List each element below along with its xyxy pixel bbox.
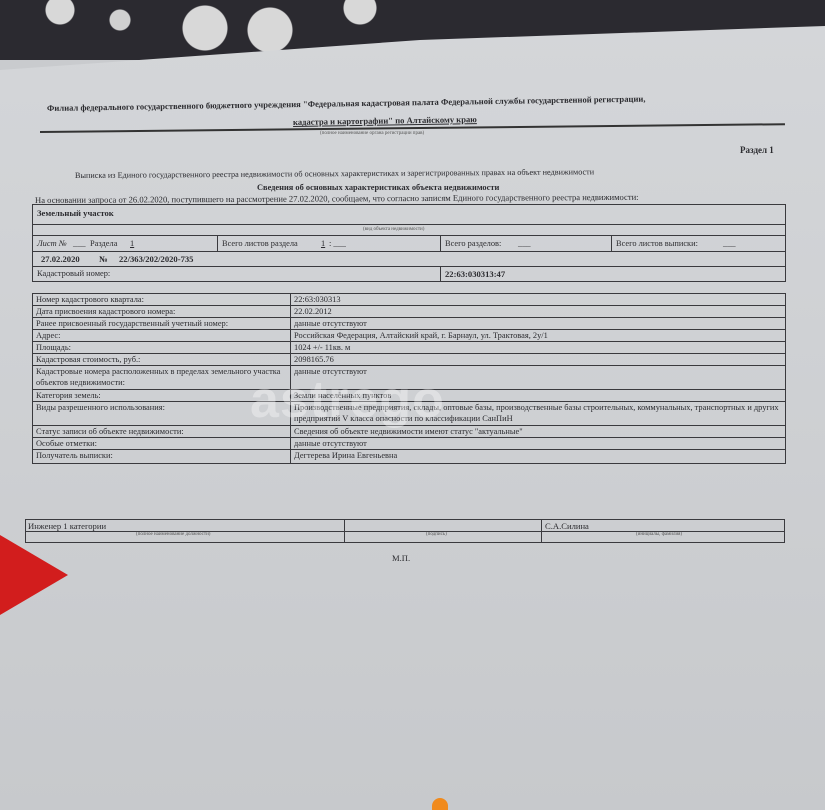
extract-subtitle: Сведения об основных характеристиках объ… — [257, 183, 499, 192]
property-label: Кадастровая стоимость, руб.: — [36, 355, 286, 366]
sheet-label: Лист № — [37, 239, 67, 248]
property-label: Виды разрешенного использования: — [36, 403, 286, 414]
object-info-box: Земельный участок (вид объекта недвижимо… — [32, 204, 786, 282]
property-value: 1024 +/- 11кв. м — [294, 343, 782, 354]
property-label: Адрес: — [36, 331, 286, 342]
position-caption: (полное наименование должности) — [136, 532, 210, 537]
property-value: Российская Федерация, Алтайский край, г.… — [294, 331, 782, 342]
signature-box: Инженер 1 категории (полное наименование… — [25, 519, 785, 543]
property-value: данные отсутствуют — [294, 319, 782, 330]
extract-date: 27.02.2020 — [41, 254, 80, 264]
name-caption: (инициалы, фамилия) — [636, 532, 682, 537]
property-row: Получатель выписки:Дегтерева Ирина Евген… — [33, 450, 785, 462]
property-value: данные отсутствуют — [294, 439, 782, 450]
property-label: Кадастровые номера расположенных в преде… — [36, 367, 286, 388]
property-label: Получатель выписки: — [36, 451, 286, 462]
sheets-in-section-label: Всего листов раздела — [222, 239, 298, 248]
section-number: 1 — [130, 239, 134, 248]
red-triangle-object — [0, 535, 68, 615]
cadastral-number: 22:63:030313:47 — [445, 269, 505, 279]
object-type-caption: (вид объекта недвижимости) — [363, 227, 424, 232]
property-value: Дегтерева Ирина Евгеньевна — [294, 451, 782, 462]
property-value: 22.02.2012 — [294, 307, 782, 318]
signer-position: Инженер 1 категории — [28, 521, 106, 531]
stamp-place: М.П. — [392, 553, 410, 563]
property-label: Дата присвоения кадастрового номера: — [36, 307, 286, 318]
property-label: Статус записи об объекте недвижимости: — [36, 427, 286, 438]
extract-number: 22/363/202/2020-735 — [119, 254, 193, 264]
section-of-label: Раздела — [90, 239, 117, 248]
signature-caption: (подпись) — [426, 532, 447, 537]
property-label: Категория земель: — [36, 391, 286, 402]
property-value: 22:63:030313 — [294, 295, 782, 306]
property-label: Номер кадастрового квартала: — [36, 295, 286, 306]
total-sheets-label: Всего листов выписки: — [616, 239, 698, 248]
property-label: Площадь: — [36, 343, 286, 354]
sheets-in-section-value: 1 — [321, 239, 325, 248]
cadastral-number-label: Кадастровый номер: — [37, 269, 110, 278]
signer-name: С.А.Силина — [545, 521, 589, 531]
property-label: Особые отметки: — [36, 439, 286, 450]
property-value: 2098165.76 — [294, 355, 782, 366]
orange-object — [432, 798, 448, 810]
section-label: Раздел 1 — [740, 145, 774, 155]
watermark: astrego — [250, 370, 445, 430]
property-label: Ранее присвоенный государственный учетны… — [36, 319, 286, 330]
number-label: № — [99, 254, 108, 264]
org-caption: (полное наименование органа регистрации … — [320, 131, 424, 136]
object-type: Земельный участок — [37, 208, 114, 218]
total-sections-label: Всего разделов: — [445, 239, 501, 248]
